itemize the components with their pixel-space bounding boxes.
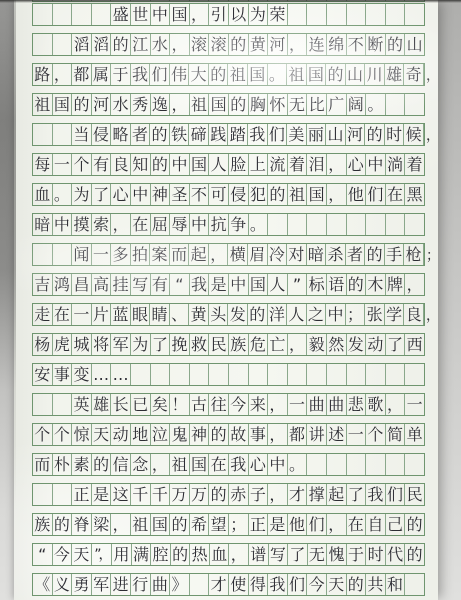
grid-cell: 多 <box>111 244 131 265</box>
grid-cell: 事 <box>249 424 269 445</box>
grid-cell: 们 <box>268 124 288 145</box>
grid-cell: 河 <box>268 34 288 55</box>
grid-cell <box>209 0 229 1</box>
grid-cell: 们 <box>307 514 327 535</box>
grid-row: 个个惊天动地泣鬼神的故事，都讲述一个简单 <box>32 423 425 446</box>
grid-row: “今天”，用满腔的热血，谱写了无愧于时代的 <box>32 543 425 566</box>
grid-cell: 中 <box>229 274 249 295</box>
grid-cell: 我 <box>268 574 288 595</box>
grid-cell: 在 <box>209 454 229 475</box>
grid-cell: 朴 <box>53 454 73 475</box>
grid-cell: 祖 <box>170 454 190 475</box>
grid-cell: 。 <box>366 94 386 115</box>
grid-cell: 往 <box>209 394 229 415</box>
grid-cell: 千 <box>151 484 171 505</box>
grid-cell: 单 <box>405 424 424 445</box>
grid-cell: 着 <box>288 154 308 175</box>
grid-cell: 我 <box>229 454 249 475</box>
grid-cell: 头 <box>209 304 229 325</box>
grid-cell: 知 <box>131 154 151 175</box>
grid-cell: 血 <box>33 184 53 205</box>
grid-cell: 梁 <box>92 514 112 535</box>
grid-cell: 学 <box>385 304 405 325</box>
grid-cell <box>33 4 53 25</box>
hanging-punctuation: ； <box>426 249 438 263</box>
grid-cell: 救 <box>190 334 210 355</box>
grid-cell: 毅 <box>307 334 327 355</box>
grid-cell: 的 <box>347 574 367 595</box>
grid-cell <box>347 454 367 475</box>
grid-cell: 奇 <box>404 64 424 85</box>
grid-cell: 的 <box>170 514 190 535</box>
grid-cell: ， <box>229 544 249 565</box>
grid-cell: 为 <box>72 184 92 205</box>
grid-cell: 曲 <box>327 394 347 415</box>
grid-cell: 杨 <box>33 334 53 355</box>
hanging-punctuation: ， <box>426 309 438 323</box>
grid-cell: 一 <box>72 304 92 325</box>
grid-cell <box>386 454 406 475</box>
grid-cell <box>53 34 73 55</box>
grid-cell: 黄 <box>189 304 209 325</box>
grid-cell <box>405 0 424 1</box>
grid-cell: 洋 <box>268 304 288 325</box>
grid-cell: 们 <box>288 574 308 595</box>
grid-cell: “ <box>33 544 53 565</box>
grid-cell <box>131 364 151 385</box>
grid-cell: 有 <box>151 274 171 295</box>
grid-cell: 了 <box>386 334 406 355</box>
grid-row: 走在一片蓝眼睛、黄头发的洋人之中；张学良， <box>32 303 425 326</box>
grid-cell: 高 <box>92 274 112 295</box>
grid-cell: ， <box>170 94 190 115</box>
grid-cell <box>33 244 53 265</box>
grid-cell: 的 <box>347 274 367 295</box>
grid-cell: 辱 <box>170 214 190 235</box>
grid-cell: ， <box>327 184 347 205</box>
grid-cell <box>386 0 406 1</box>
grid-cell: 的 <box>150 124 170 145</box>
grid-cell: 天 <box>92 424 112 445</box>
grid-cell: 热 <box>190 544 210 565</box>
grid-cell: 今 <box>53 544 73 565</box>
grid-cell <box>33 34 53 55</box>
grid-cell: ， <box>288 334 308 355</box>
grid-cell: 《 <box>33 574 53 595</box>
grid-cell <box>366 364 386 385</box>
grid-cell: 的 <box>209 424 229 445</box>
grid-cell: 路 <box>33 64 53 85</box>
grid-cell <box>268 214 288 235</box>
grid-cell: 的 <box>111 34 131 55</box>
grid-cell: ； <box>229 514 249 535</box>
grid-cell: 中 <box>53 214 73 235</box>
grid-cell: 不 <box>190 184 210 205</box>
grid-cell <box>307 364 327 385</box>
grid-cell: 的 <box>365 124 385 145</box>
grid-cell: 个 <box>33 424 53 445</box>
grid-cell <box>53 484 73 505</box>
grid-cell: ， <box>268 394 288 415</box>
grid-cell: 都 <box>72 64 92 85</box>
grid-cell: 绵 <box>327 34 347 55</box>
grid-cell: 木 <box>366 274 386 295</box>
grid-cell <box>307 214 327 235</box>
grid-cell: 个 <box>366 424 386 445</box>
grid-cell: 每 <box>33 154 53 175</box>
grid-cell: 的 <box>53 514 73 535</box>
grid-cell: 的 <box>405 544 424 565</box>
grid-cell: 昌 <box>72 274 92 295</box>
grid-cell: 断 <box>366 34 386 55</box>
grid-cell: 索 <box>92 214 112 235</box>
grid-cell: 流 <box>268 154 288 175</box>
grid-cell <box>151 364 171 385</box>
grid-cell: 河 <box>92 94 112 115</box>
grid-cell: 西 <box>405 334 424 355</box>
grid-cell <box>366 214 386 235</box>
grid-cell: 起 <box>189 244 209 265</box>
grid-cell: … <box>111 364 131 385</box>
grid-cell: ， <box>190 4 210 25</box>
grid-cell <box>151 0 171 1</box>
grid-cell: ， <box>327 154 347 175</box>
grid-cell <box>111 0 131 1</box>
grid-row: 闻一多拍案而起，横眉冷对暗杀者的手枪； <box>32 243 425 266</box>
grid-cell: 美 <box>287 124 307 145</box>
grid-cell: 一 <box>288 394 308 415</box>
grid-cell: 盛 <box>111 4 131 25</box>
grid-cell: 暗 <box>33 214 53 235</box>
grid-cell: 屈 <box>151 214 171 235</box>
grid-cell: 为 <box>249 4 269 25</box>
grid-cell: 胸 <box>249 94 269 115</box>
grid-cell: 可 <box>209 184 229 205</box>
grid-cell <box>53 394 73 415</box>
grid-cell: 的 <box>209 484 229 505</box>
grid-cell: 军 <box>111 334 131 355</box>
grid-cell <box>288 0 308 1</box>
grid-cell: 们 <box>386 484 406 505</box>
grid-cell: 写 <box>131 274 151 295</box>
grid-cell: 亡 <box>268 334 288 355</box>
grid-cell: 暗 <box>307 244 327 265</box>
grid-cell: 发 <box>347 334 367 355</box>
grid-cell <box>92 0 112 1</box>
grid-cell <box>288 214 308 235</box>
grid-row: 族的脊梁，祖国的希望；正是他们，在自己的 <box>32 513 425 536</box>
grid-cell: 中 <box>366 154 386 175</box>
grid-cell: 写 <box>269 544 289 565</box>
grid-cell: ， <box>170 34 190 55</box>
grid-cell: 挂 <box>111 274 131 295</box>
grid-cell: 念 <box>131 454 151 475</box>
grid-cell <box>366 454 386 475</box>
grid-cell: 曲 <box>307 394 327 415</box>
grid-cell <box>327 454 347 475</box>
grid-cell <box>307 0 327 1</box>
grid-cell: 中 <box>190 214 210 235</box>
grid-cell <box>53 124 73 145</box>
grid-cell: 正 <box>72 484 92 505</box>
grid-cell: 者 <box>131 124 151 145</box>
grid-cell: 天 <box>327 574 347 595</box>
grid-cell: 山 <box>326 124 346 145</box>
grid-cell <box>249 0 269 1</box>
grid-cell: 心 <box>249 454 269 475</box>
grid-cell: 千 <box>131 484 151 505</box>
grid-cell <box>327 4 347 25</box>
grid-cell <box>327 0 347 1</box>
grid-cell: 语 <box>327 274 347 295</box>
grid-cell: 于 <box>347 544 367 565</box>
grid-cell: 杀 <box>326 244 346 265</box>
grid-cell: 们 <box>366 184 386 205</box>
grid-cell: 事 <box>53 364 73 385</box>
grid-cell: 我 <box>248 124 268 145</box>
grid-cell: 神 <box>151 184 171 205</box>
grid-cell: 民 <box>209 334 229 355</box>
grid-cell: 使 <box>229 574 249 595</box>
grid-cell: 祖 <box>190 94 210 115</box>
grid-cell: ， <box>268 484 288 505</box>
grid-row: 暗中摸索，在屈辱中抗争。 <box>32 213 425 236</box>
grid-cell: 国 <box>249 274 269 295</box>
grid-cell: 水 <box>151 34 171 55</box>
grid-cell: 危 <box>249 334 269 355</box>
grid-cell: 神 <box>190 424 210 445</box>
grid-cell: 脸 <box>229 154 249 175</box>
grid-cell: 和 <box>386 574 406 595</box>
grid-cell <box>405 94 424 115</box>
grid-cell: 脊 <box>72 514 92 535</box>
grid-cell <box>72 4 92 25</box>
grid-cell: 大 <box>189 64 209 85</box>
grid-cell: ” <box>288 274 308 295</box>
grid-cell <box>405 574 424 595</box>
grid-cell <box>209 364 229 385</box>
grid-cell: ， <box>288 34 308 55</box>
grid-cell <box>386 94 406 115</box>
grid-cell: 拍 <box>131 244 151 265</box>
grid-cell: 泣 <box>151 424 171 445</box>
hanging-punctuation: ， <box>426 129 438 143</box>
grid-cell <box>72 0 92 1</box>
grid-cell: 碲 <box>189 124 209 145</box>
grid-cell: ； <box>346 304 366 325</box>
grid-cell: 国 <box>248 64 268 85</box>
grid-cell: ”， <box>92 544 113 565</box>
grid-cell: 冷 <box>268 244 288 265</box>
grid-cell <box>405 454 424 475</box>
grid-cell: 是 <box>209 274 229 295</box>
grid-cell <box>268 364 288 385</box>
grid-cell: 而 <box>33 454 53 475</box>
grid-cell <box>366 4 386 25</box>
grid-cell: 地 <box>131 424 151 445</box>
grid-cell: 简 <box>386 424 406 445</box>
grid-cell: 人 <box>287 304 307 325</box>
grid-cell: 已 <box>131 394 151 415</box>
grid-cell <box>92 4 112 25</box>
grid-cell: 睛 <box>150 304 170 325</box>
grid-cell: 祖 <box>287 64 307 85</box>
grid-cell: 满 <box>132 544 152 565</box>
composition-paper: 盛世中国，引以为荣滔滔的江水，滚滚的黄河，连绵不断的山路，都属于我们伟大的祖国。… <box>14 0 438 600</box>
grid-cell <box>53 244 73 265</box>
grid-cell: 在 <box>131 214 151 235</box>
grid-cell <box>405 364 424 385</box>
grid-cell: 。 <box>249 214 269 235</box>
grid-cell: 万 <box>190 484 210 505</box>
grid-cell <box>347 4 367 25</box>
hanging-punctuation: ， <box>426 69 438 83</box>
grid-cell: 圣 <box>170 184 190 205</box>
grid-cell: 无 <box>308 544 328 565</box>
grid-cell: 人 <box>268 274 288 295</box>
grid-cell: 时 <box>385 124 405 145</box>
grid-cell: 牌 <box>386 274 406 295</box>
grid-cell: 当 <box>72 124 92 145</box>
grid-cell: 以 <box>229 4 249 25</box>
grid-cell: 滔 <box>72 34 92 55</box>
grid-cell: 怀 <box>268 94 288 115</box>
grid-cell: 都 <box>288 424 308 445</box>
grid-cell: 虎 <box>53 334 73 355</box>
grid-cell: 的 <box>386 34 406 55</box>
grid-cell: ， <box>327 514 347 535</box>
grid-cell: 得 <box>249 574 269 595</box>
grid-cell: 讲 <box>307 424 327 445</box>
grid-cell: 义 <box>53 574 73 595</box>
grid-cell: 个 <box>72 154 92 175</box>
grid-cell: 侵 <box>92 124 112 145</box>
grid-cell: 今 <box>229 394 249 415</box>
grid-row: 祖国的河水秀逸，祖国的胸怀无比广阔。 <box>32 93 425 116</box>
grid-cell: 个 <box>53 424 73 445</box>
grid-cell: 长 <box>111 394 131 415</box>
grid-cell <box>190 574 210 595</box>
grid-cell: 广 <box>327 94 347 115</box>
grid-cell: 曲 <box>151 574 171 595</box>
grid-cell: 发 <box>228 304 248 325</box>
grid-cell <box>307 4 327 25</box>
grid-cell <box>347 0 367 1</box>
grid-cell: 山 <box>405 34 424 55</box>
grid-cell: 一 <box>405 394 424 415</box>
grid-cell: 候 <box>404 124 424 145</box>
grid-cell: 中 <box>131 184 151 205</box>
grid-cell: 江 <box>131 34 151 55</box>
grid-cell: 的 <box>229 94 249 115</box>
grid-cell: 有 <box>92 154 112 175</box>
grid-cell: 述 <box>327 424 347 445</box>
grid-cell: 安 <box>33 364 53 385</box>
grid-cell: 今 <box>307 574 327 595</box>
grid-cell: 祖 <box>33 94 53 115</box>
grid-cell: 是 <box>268 514 288 535</box>
grid-cell: 歌 <box>366 394 386 415</box>
grid-cell: 才 <box>288 484 308 505</box>
grid-cell: 中 <box>170 154 190 175</box>
grid-cell: 之 <box>307 304 327 325</box>
grid-cell: 他 <box>288 514 308 535</box>
grid-cell: 军 <box>92 574 112 595</box>
grid-cell: 心 <box>111 184 131 205</box>
grid-cell <box>53 4 73 25</box>
grid-cell: 伟 <box>170 64 190 85</box>
grid-cell: 族 <box>229 334 249 355</box>
grid-cell <box>249 364 269 385</box>
grid-cell: 犯 <box>249 184 269 205</box>
grid-cell: 万 <box>170 484 190 505</box>
grid-cell: 行 <box>131 574 151 595</box>
grid-row: 每一个有良知的中国人脸上流着泪，心中淌着 <box>32 153 425 176</box>
grid-cell: 国 <box>190 154 210 175</box>
grid-cell: 比 <box>307 94 327 115</box>
grid-cell: 了 <box>92 184 112 205</box>
grid-cell: 雄 <box>92 394 112 415</box>
grid-cell: 争 <box>229 214 249 235</box>
grid-cell: 子 <box>249 484 269 505</box>
grid-cell: 属 <box>92 64 112 85</box>
grid-cell: 祖 <box>228 64 248 85</box>
grid-cell: 摸 <box>72 214 92 235</box>
grid-cell: 张 <box>365 304 385 325</box>
grid-cell: 淌 <box>386 154 406 175</box>
grid-cell <box>386 214 406 235</box>
grid-cell: 在 <box>347 514 367 535</box>
grid-row: 吉鸿昌高挂写有“我是中国人”标语的木牌， <box>32 273 425 296</box>
grid-cell: 民 <box>405 484 424 505</box>
grid-cell: 荣 <box>268 4 288 25</box>
grid-cell: 鬼 <box>170 424 190 445</box>
grid-cell <box>190 0 210 1</box>
grid-row: 安事变…… <box>32 363 425 386</box>
grid-cell: 望 <box>209 514 229 535</box>
grid-cell: 血 <box>210 544 230 565</box>
grid-cell: 用 <box>112 544 132 565</box>
grid-row: 正是这千千万万的赤子，才撑起了我们民 <box>32 483 425 506</box>
grid-row: 血。为了心中神圣不可侵犯的祖国，他们在黑 <box>32 183 425 206</box>
grid-cell <box>53 0 73 1</box>
grid-cell: 手 <box>385 244 405 265</box>
grid-cell: 国 <box>209 94 229 115</box>
grid-cell: 的 <box>171 544 191 565</box>
grid-row-title: 盛世中国，引以为荣 <box>32 3 425 26</box>
grid-cell: 中 <box>326 304 346 325</box>
grid-cell: 眼 <box>131 304 151 325</box>
grid-cell <box>190 364 210 385</box>
grid-cell <box>131 0 151 1</box>
grid-cell: 案 <box>150 244 170 265</box>
grid-cell <box>170 364 190 385</box>
grid-cell: 良 <box>404 304 424 325</box>
grid-cell <box>229 364 249 385</box>
grid-cell <box>170 0 190 1</box>
grid-row: 滔滔的江水，滚滚的黄河，连绵不断的山 <box>32 33 425 56</box>
grid-cell: 英 <box>72 394 92 415</box>
grid-cell: 的 <box>151 154 171 175</box>
grid-cell: 对 <box>287 244 307 265</box>
grid-cell: 引 <box>209 4 229 25</box>
grid-cell <box>386 364 406 385</box>
grid-cell: 然 <box>327 334 347 355</box>
grid-cell: 勇 <box>72 574 92 595</box>
grid-cell: 为 <box>131 334 151 355</box>
grid-cell: 是 <box>92 484 112 505</box>
grid-cell: 我 <box>131 64 151 85</box>
